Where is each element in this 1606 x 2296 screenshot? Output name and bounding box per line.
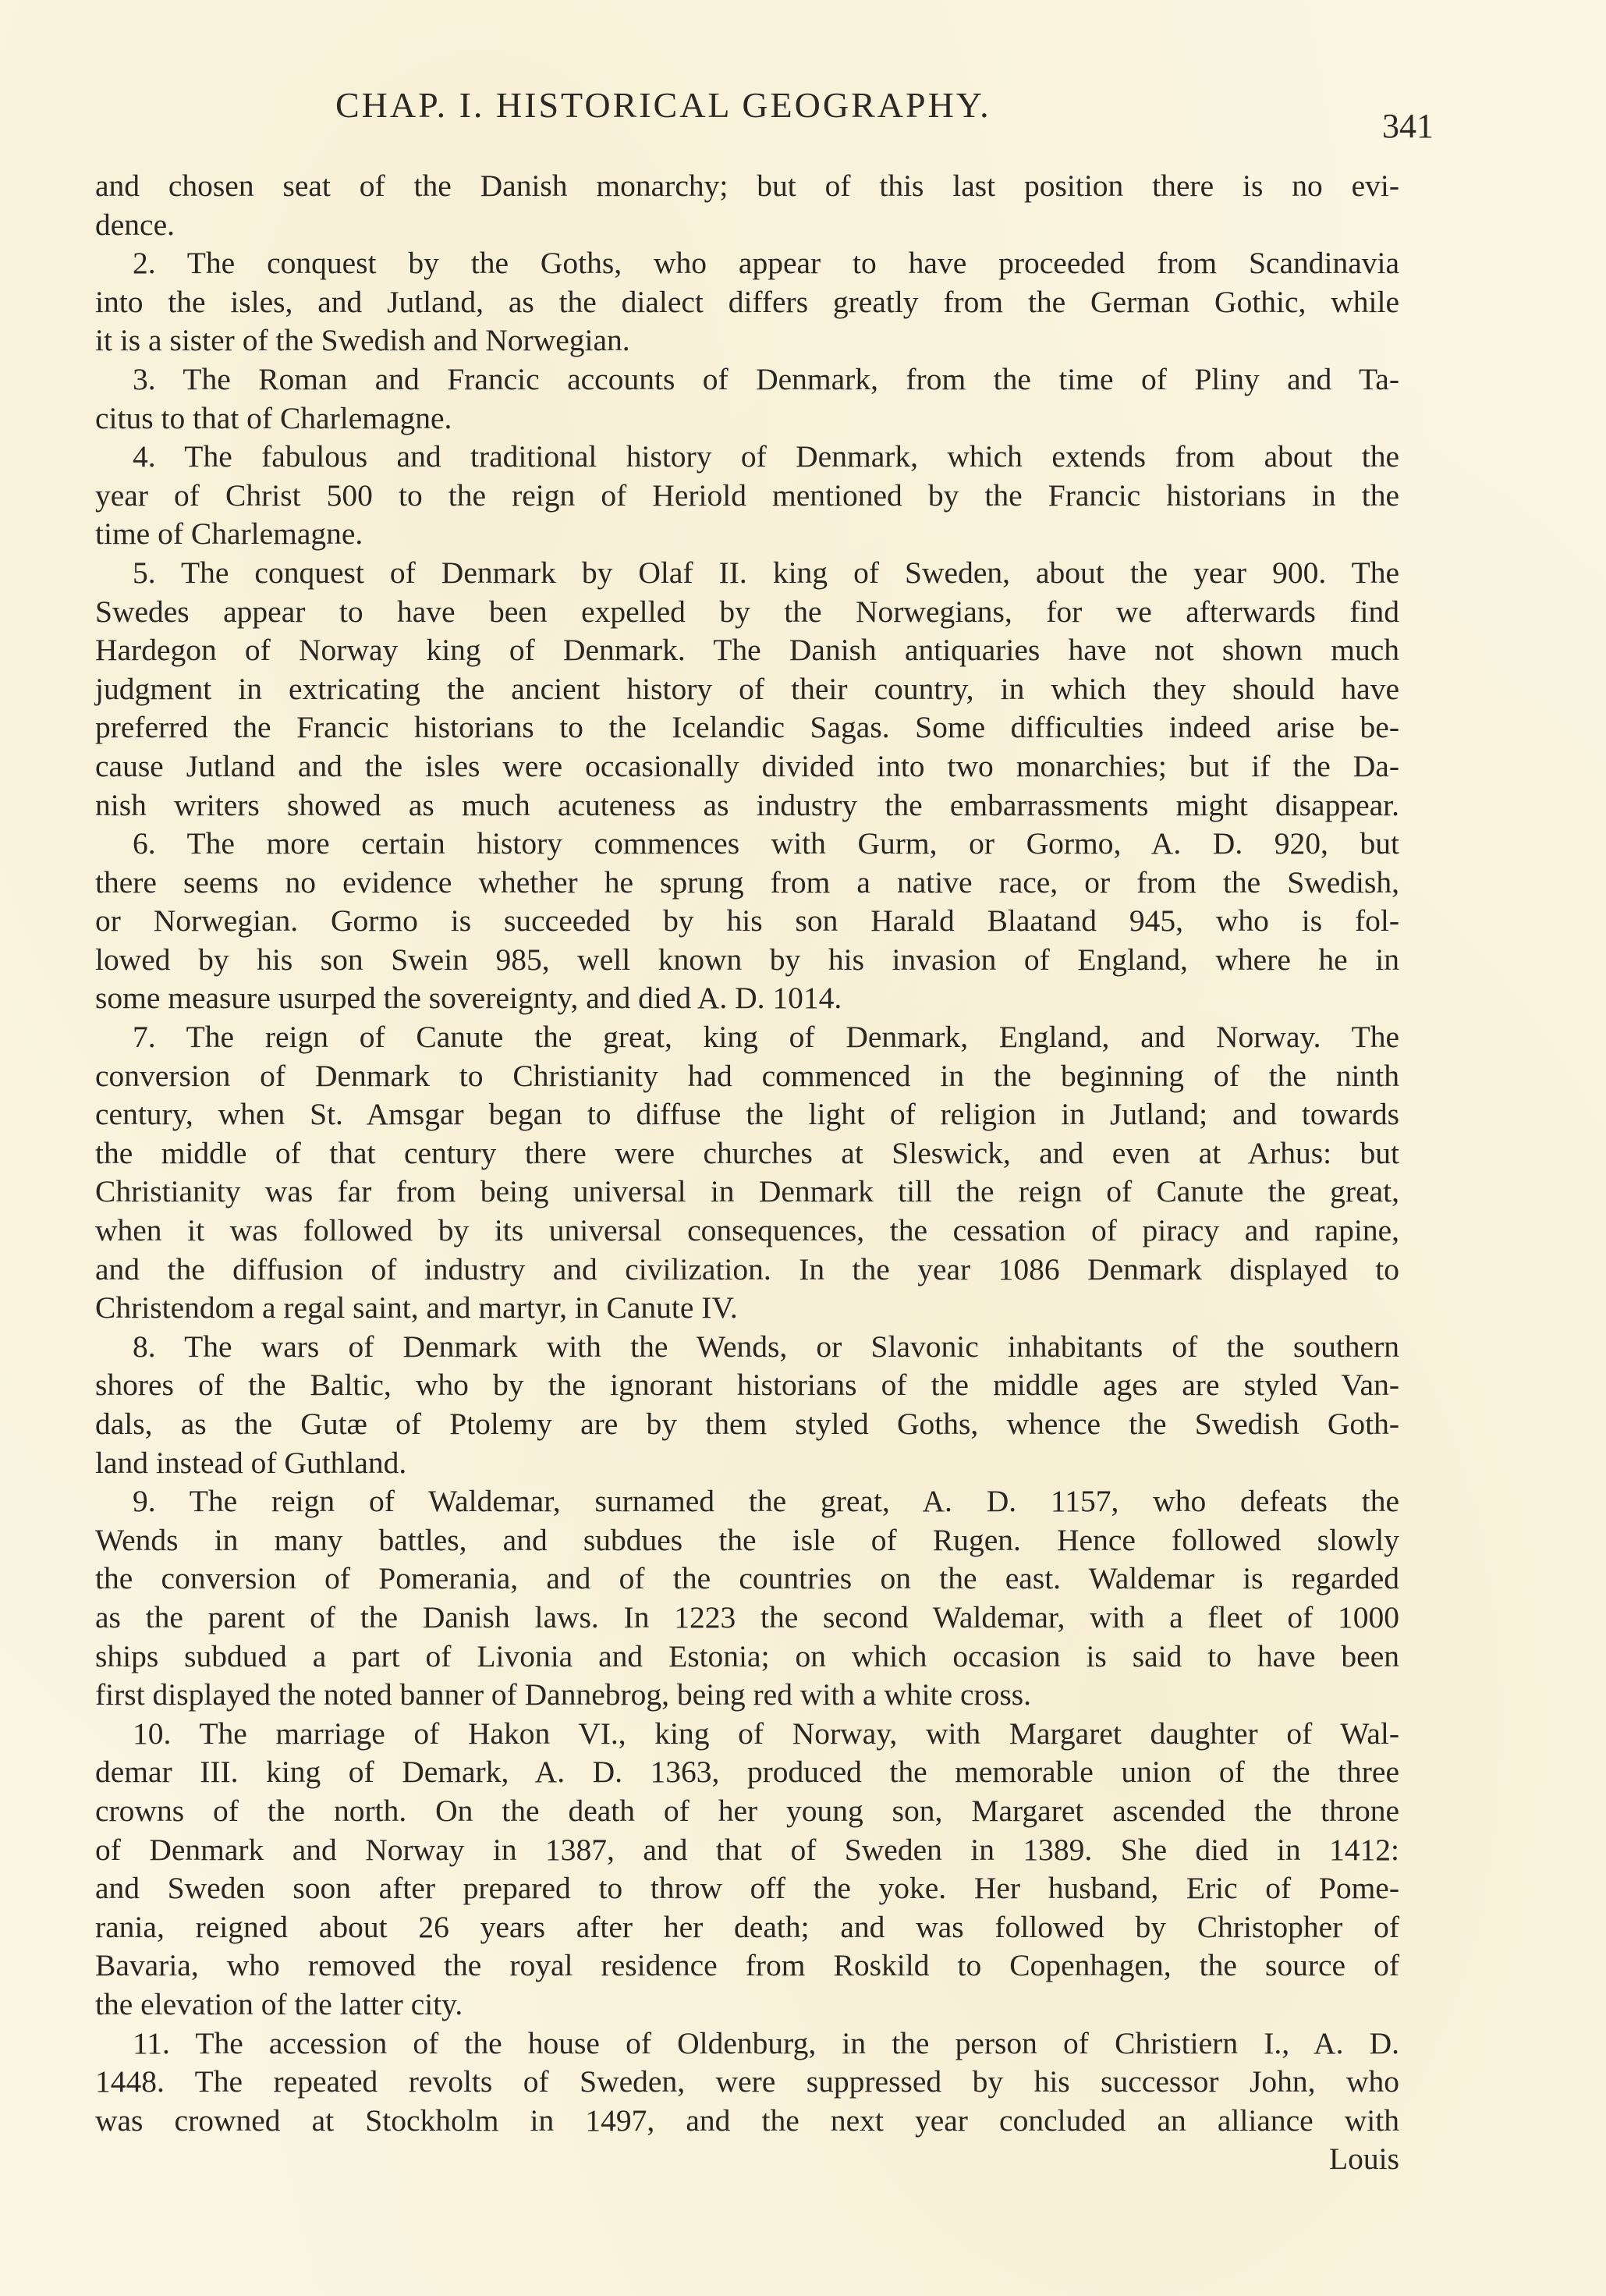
paragraph-8: 8. The wars of Denmark with the Wends, o… (95, 1328, 1399, 1482)
paragraph-1-continued: and chosen seat of the Danish monarchy; … (95, 167, 1399, 244)
catchword: Louis (95, 2140, 1399, 2179)
text-line: the middle of that century there were ch… (95, 1134, 1399, 1173)
text-line: crowns of the north. On the death of her… (95, 1792, 1399, 1831)
text-line: some measure usurped the sovereignty, an… (95, 979, 1399, 1018)
text-line: citus to that of Charlemagne. (95, 399, 1399, 438)
text-line: there seems no evidence whether he sprun… (95, 864, 1399, 903)
paragraph-5: 5. The conquest of Denmark by Olaf II. k… (95, 554, 1399, 825)
text-line: dence. (95, 206, 1399, 245)
paragraph-3: 3. The Roman and Francic accounts of Den… (95, 360, 1399, 438)
text-line: the elevation of the latter city. (95, 1985, 1399, 2025)
text-line: century, when St. Amsgar began to diffus… (95, 1095, 1399, 1134)
text-line: it is a sister of the Swedish and Norweg… (95, 321, 1399, 360)
text-line: Wends in many battles, and subdues the i… (95, 1521, 1399, 1560)
text-line: Swedes appear to have been expelled by t… (95, 593, 1399, 632)
text-line: as the parent of the Danish laws. In 122… (95, 1599, 1399, 1638)
text-line: shores of the Baltic, who by the ignoran… (95, 1366, 1399, 1405)
text-line: conversion of Denmark to Christianity ha… (95, 1057, 1399, 1096)
text-line: Christendom a regal saint, and martyr, i… (95, 1289, 1399, 1328)
text-line: 7. The reign of Canute the great, king o… (95, 1018, 1399, 1057)
text-line: 6. The more certain history commences wi… (95, 825, 1399, 864)
text-line: the conversion of Pomerania, and of the … (95, 1560, 1399, 1599)
text-line: and chosen seat of the Danish monarchy; … (95, 167, 1399, 206)
body-text: and chosen seat of the Danish monarchy; … (95, 167, 1399, 2179)
text-line: 8. The wars of Denmark with the Wends, o… (95, 1328, 1399, 1367)
paragraph-10: 10. The marriage of Hakon VI., king of N… (95, 1715, 1399, 2025)
text-line: and Sweden soon after prepared to throw … (95, 1869, 1399, 1908)
text-line: 10. The marriage of Hakon VI., king of N… (95, 1715, 1399, 1754)
book-page: CHAP. I. HISTORICAL GEOGRAPHY. 341 and c… (0, 0, 1606, 2296)
text-line: Hardegon of Norway king of Denmark. The … (95, 631, 1399, 670)
paragraph-9: 9. The reign of Waldemar, surnamed the g… (95, 1482, 1399, 1715)
paragraph-6: 6. The more certain history commences wi… (95, 825, 1399, 1018)
running-head: CHAP. I. HISTORICAL GEOGRAPHY. (335, 84, 991, 126)
text-line: land instead of Guthland. (95, 1444, 1399, 1483)
text-line: nish writers showed as much acuteness as… (95, 786, 1399, 825)
text-line: of Denmark and Norway in 1387, and that … (95, 1831, 1399, 1870)
text-line: lowed by his son Swein 985, well known b… (95, 941, 1399, 980)
text-line: or Norwegian. Gormo is succeeded by his … (95, 902, 1399, 941)
paragraph-2: 2. The conquest by the Goths, who appear… (95, 244, 1399, 360)
paragraph-4: 4. The fabulous and traditional history … (95, 438, 1399, 554)
page-number: 341 (1382, 106, 1434, 146)
text-line: year of Christ 500 to the reign of Herio… (95, 477, 1399, 516)
text-line: judgment in extricating the ancient hist… (95, 670, 1399, 709)
text-line: demar III. king of Demark, A. D. 1363, p… (95, 1753, 1399, 1792)
text-line: cause Jutland and the isles were occasio… (95, 747, 1399, 786)
text-line: time of Charlemagne. (95, 515, 1399, 554)
text-line: 4. The fabulous and traditional history … (95, 438, 1399, 477)
paragraph-11: 11. The accession of the house of Oldenb… (95, 2025, 1399, 2141)
text-line: rania, reigned about 26 years after her … (95, 1908, 1399, 1947)
text-line: first displayed the noted banner of Dann… (95, 1676, 1399, 1715)
text-line: 1448. The repeated revolts of Sweden, we… (95, 2063, 1399, 2102)
text-line: 11. The accession of the house of Oldenb… (95, 2025, 1399, 2064)
text-line: Christianity was far from being universa… (95, 1173, 1399, 1212)
paragraph-7: 7. The reign of Canute the great, king o… (95, 1018, 1399, 1328)
text-line: 3. The Roman and Francic accounts of Den… (95, 360, 1399, 399)
text-line: Bavaria, who removed the royal residence… (95, 1946, 1399, 1985)
text-line: into the isles, and Jutland, as the dial… (95, 283, 1399, 322)
text-line: when it was followed by its universal co… (95, 1212, 1399, 1251)
text-line: 5. The conquest of Denmark by Olaf II. k… (95, 554, 1399, 593)
text-line: was crowned at Stockholm in 1497, and th… (95, 2102, 1399, 2141)
text-line: preferred the Francic historians to the … (95, 708, 1399, 747)
text-line: and the diffusion of industry and civili… (95, 1251, 1399, 1290)
text-line: 2. The conquest by the Goths, who appear… (95, 244, 1399, 283)
text-line: 9. The reign of Waldemar, surnamed the g… (95, 1482, 1399, 1521)
text-line: dals, as the Gutæ of Ptolemy are by them… (95, 1405, 1399, 1444)
text-line: ships subdued a part of Livonia and Esto… (95, 1638, 1399, 1677)
